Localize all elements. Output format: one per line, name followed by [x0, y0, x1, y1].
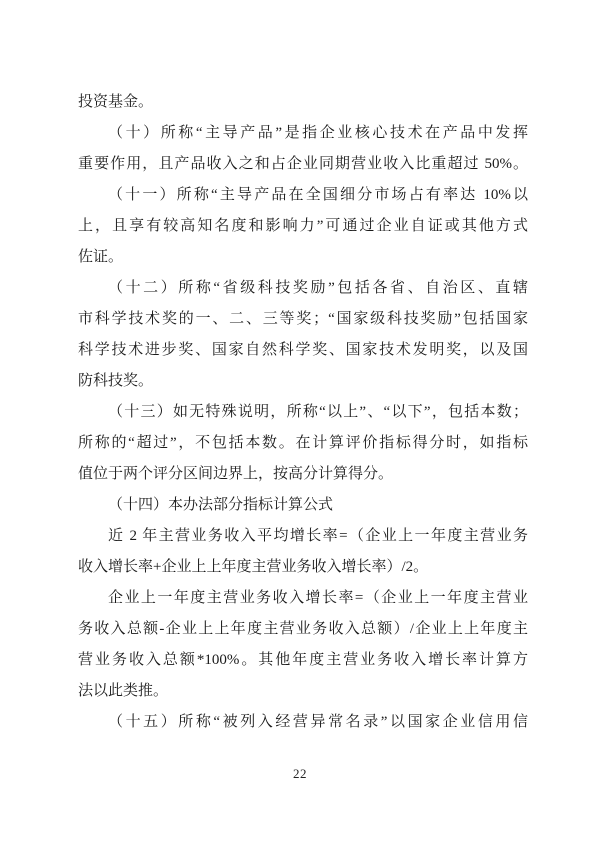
text-line: （十一）所称“主导产品在全国细分市场占有率达 10%以 [78, 180, 528, 211]
text-line: 法以此类推。 [78, 676, 528, 707]
text-line: 务收入总额-企业上上年度主营业务收入总额）/企业上上年度主 [78, 614, 528, 645]
text-line: 佐证。 [78, 242, 528, 273]
page-footer: 22 [0, 765, 600, 783]
text-line: 近 2 年主营业务收入平均增长率=（企业上一年度主营业务 [78, 521, 528, 552]
text-line: 上，且享有较高知名度和影响力”可通过企业自证或其他方式 [78, 211, 528, 242]
text-line: 重要作用，且产品收入之和占企业同期营业收入比重超过 50%。 [78, 149, 528, 180]
document-body: 投资基金。（十）所称“主导产品”是指企业核心技术在产品中发挥重要作用，且产品收入… [78, 87, 528, 738]
text-line: 企业上一年度主营业务收入增长率=（企业上一年度主营业 [78, 583, 528, 614]
text-line: 所称的“超过”，不包括本数。在计算评价指标得分时，如指标 [78, 428, 528, 459]
text-line: （十五）所称“被列入经营异常名录”以国家企业信用信 [78, 707, 528, 738]
text-line: （十）所称“主导产品”是指企业核心技术在产品中发挥 [78, 118, 528, 149]
text-line: 科学技术进步奖、国家自然科学奖、国家技术发明奖，以及国 [78, 335, 528, 366]
text-line: 防科技奖。 [78, 366, 528, 397]
document-page: 投资基金。（十）所称“主导产品”是指企业核心技术在产品中发挥重要作用，且产品收入… [0, 0, 600, 848]
text-line: 投资基金。 [78, 87, 528, 118]
text-line: 值位于两个评分区间边界上，按高分计算得分。 [78, 459, 528, 490]
text-line: （十二）所称“省级科技奖励”包括各省、自治区、直辖 [78, 273, 528, 304]
page-number: 22 [293, 766, 307, 781]
text-line: （十四）本办法部分指标计算公式 [78, 490, 528, 521]
text-line: 收入增长率+企业上上年度主营业务收入增长率）/2。 [78, 552, 528, 583]
text-line: （十三）如无特殊说明，所称“以上”、“以下”，包括本数； [78, 397, 528, 428]
text-line: 营业务收入总额*100%。其他年度主营业务收入增长率计算方 [78, 645, 528, 676]
text-line: 市科学技术奖的一、二、三等奖；“国家级科技奖励”包括国家 [78, 304, 528, 335]
